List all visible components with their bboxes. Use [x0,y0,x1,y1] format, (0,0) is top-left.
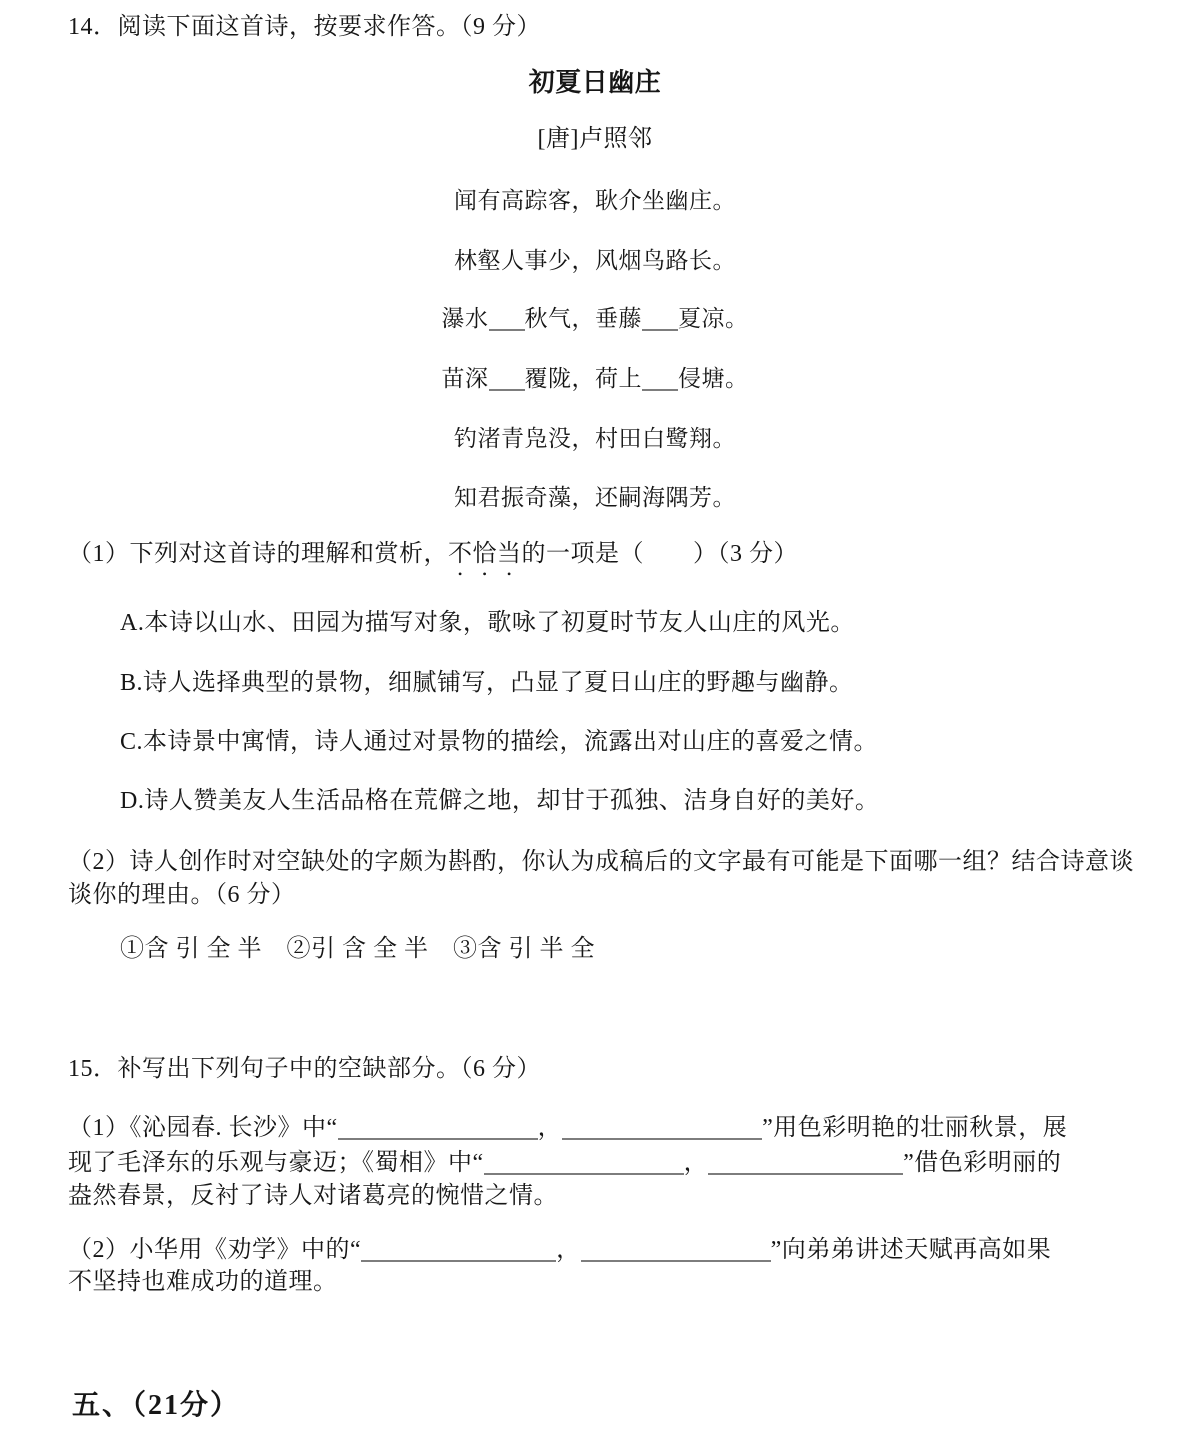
blank-underline [361,1236,556,1262]
option-a: A.本诗以山水、田园为描写对象，歌咏了初夏时节友人山庄的风光。 [120,610,855,638]
text-segment: 覆陇，荷上 [525,366,643,391]
question-14-prompt: 14．阅读下面这首诗，按要求作答。（9 分） [68,14,541,42]
text-segment: ， [538,1115,563,1141]
blank-underline [562,1114,762,1140]
text-segment: 盎然春景，反衬了诗人对诸葛亮的惋惜之情。 [68,1183,558,1209]
text-segment: 不坚持也难成功的道理。 [68,1269,338,1295]
question-14-sub1-prompt: （1）下列对这首诗的理解和赏析，不恰当的一项是（ ）（3 分） [68,541,798,581]
text-segment: ”向弟弟讲述天赋再高如果 [771,1237,1052,1263]
blank-underline [484,1149,684,1175]
blank-underline [642,366,678,391]
blank-underline [489,366,525,391]
poem-line-6: 知君振奇藻，还嗣海隅芳。 [0,485,1190,511]
blank-underline [489,306,525,331]
poem-line-5: 钓渚青凫没，村田白鹭翔。 [0,426,1190,452]
question-14-sub2-choices: ①含 引 全 半 ②引 含 全 半 ③含 引 半 全 [120,936,595,964]
text-segment: 瀑水 [442,306,489,331]
option-c: C.本诗景中寓情，诗人通过对景物的描绘，流露出对山庄的喜爱之情。 [120,729,878,757]
emphasized-text: 不恰当 [448,541,522,567]
text-segment: 闻有高踪客，耿介坐幽庄。 [454,188,736,213]
section-5-heading: 五、（21分） [72,1390,240,1422]
text-segment: 的一项是（ ）（3 分） [522,541,799,567]
poem-line-2: 林壑人事少，风烟鸟路长。 [0,248,1190,274]
text-segment: 夏凉。 [678,306,749,331]
text-segment: 秋气，垂藤 [525,306,643,331]
poem-line-1: 闻有高踪客，耿介坐幽庄。 [0,188,1190,214]
blank-underline [581,1236,771,1262]
option-b: B.诗人选择典型的景物，细腻铺写，凸显了夏日山庄的野趣与幽静。 [120,670,854,698]
poem-line-3: 瀑水秋气，垂藤夏凉。 [0,306,1190,332]
question-15-p2-line-2: 不坚持也难成功的道理。 [68,1269,338,1297]
question-14-sub2-line-2: 谈你的理由。（6 分） [68,882,296,910]
poem-line-4: 苗深覆陇，荷上侵塘。 [0,366,1190,392]
question-14-sub2-line-1: （2）诗人创作时对空缺处的字颇为斟酌，你认为成稿后的文字最有可能是下面哪一组？结… [68,849,1134,877]
blank-underline [338,1114,538,1140]
text-segment: （1）下列对这首诗的理解和赏析， [68,541,448,567]
text-segment: ， [684,1150,709,1176]
text-segment: 林壑人事少，风烟鸟路长。 [454,248,736,273]
text-segment: 苗深 [442,366,489,391]
text-segment: 现了毛泽东的乐观与豪迈；《蜀相》中“ [68,1150,484,1176]
text-segment: 知君振奇藻，还嗣海隅芳。 [454,485,736,510]
text-segment: 侵塘。 [678,366,749,391]
poem-author: [唐]卢照邻 [0,126,1190,154]
question-15-p1-line-1: （1）《沁园春. 长沙》中“，”用色彩明艳的壮丽秋景，展 [68,1114,1067,1143]
text-segment: ， [556,1237,581,1263]
text-segment: （2）小华用《劝学》中的“ [68,1237,361,1263]
blank-underline [642,306,678,331]
blank-underline [708,1149,903,1175]
exam-page: 14．阅读下面这首诗，按要求作答。（9 分） 初夏日幽庄 [唐]卢照邻 闻有高踪… [0,0,1190,1431]
poem-title: 初夏日幽庄 [0,68,1190,98]
question-15-prompt: 15．补写出下列句子中的空缺部分。（6 分） [68,1056,541,1084]
question-15-p1-line-3: 盎然春景，反衬了诗人对诸葛亮的惋惜之情。 [68,1183,558,1211]
text-segment: ”借色彩明丽的 [903,1150,1061,1176]
text-segment: 钓渚青凫没，村田白鹭翔。 [454,426,736,451]
question-15-p1-line-2: 现了毛泽东的乐观与豪迈；《蜀相》中“，”借色彩明丽的 [68,1149,1061,1178]
text-segment: ”用色彩明艳的壮丽秋景，展 [762,1115,1067,1141]
text-segment: （1）《沁园春. 长沙》中“ [68,1115,338,1141]
option-d: D.诗人赞美友人生活品格在荒僻之地，却甘于孤独、洁身自好的美好。 [120,788,879,816]
question-15-p2-line-1: （2）小华用《劝学》中的“，”向弟弟讲述天赋再高如果 [68,1236,1051,1265]
